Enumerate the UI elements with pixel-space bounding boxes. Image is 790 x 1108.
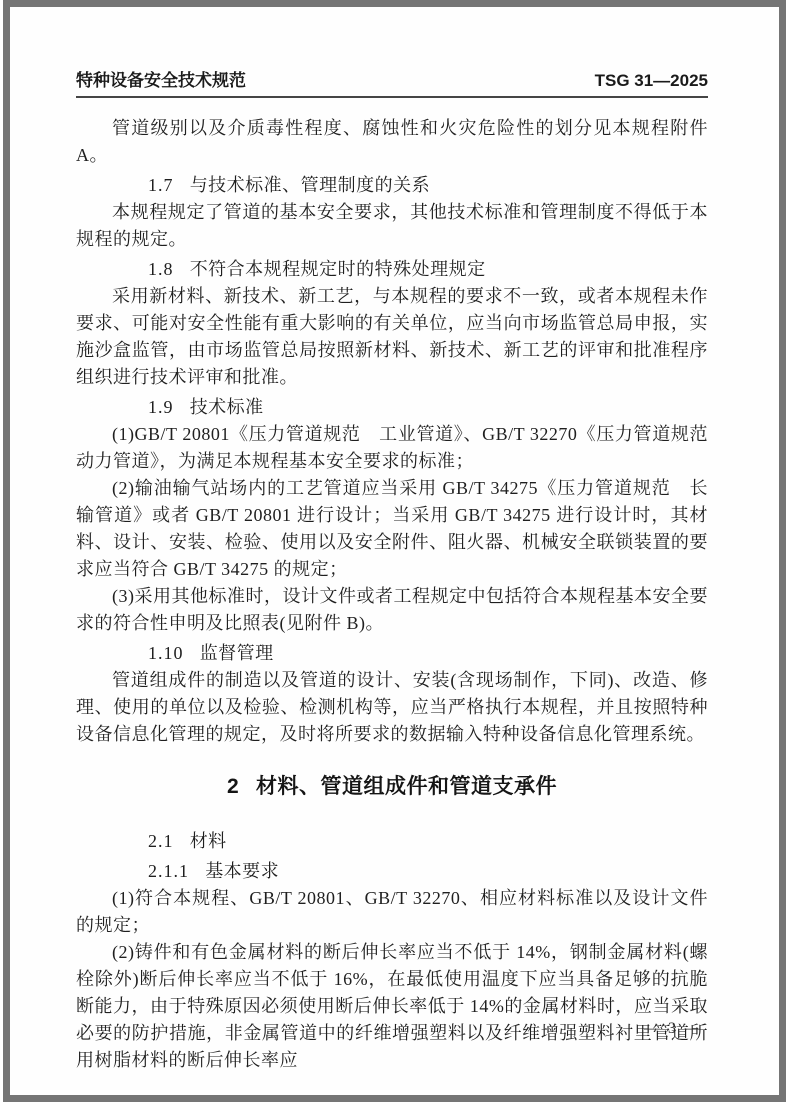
body-paragraph: 管道组成件的制造以及管道的设计、安装(含现场制作，下同)、改造、修理、使用的单位…	[76, 667, 708, 748]
body-paragraph: (1)GB/T 20801《压力管道规范 工业管道》、GB/T 32270《压力…	[76, 421, 708, 475]
page-number-text: — 3 —	[644, 1020, 702, 1037]
page-number: — 3 —	[76, 1019, 702, 1039]
chapter-heading: 2材料、管道组成件和管道支承件	[76, 772, 708, 802]
page-header: 特种设备安全技术规范 TSG 31—2025	[76, 69, 708, 98]
scanned-document-page: 特种设备安全技术规范 TSG 31—2025 管道级别以及介质毒性程度、腐蚀性和…	[0, 0, 790, 1108]
clause-number: 1.7	[112, 172, 174, 199]
clause-number: 2.1	[112, 828, 174, 855]
chapter-title: 材料、管道组成件和管道支承件	[256, 775, 557, 798]
document-body: 管道级别以及介质毒性程度、腐蚀性和火灾危险性的划分见本规程附件 A。1.7与技术…	[76, 115, 708, 1074]
body-paragraph: (2)输油输气站场内的工艺管道应当采用 GB/T 34275《压力管道规范 长输…	[76, 475, 708, 583]
page-content-column: 特种设备安全技术规范 TSG 31—2025 管道级别以及介质毒性程度、腐蚀性和…	[76, 7, 708, 1074]
clause-number: 2.1.1	[112, 858, 189, 885]
body-paragraph: 本规程规定了管道的基本安全要求，其他技术标准和管理制度不得低于本规程的规定。	[76, 199, 708, 253]
chapter-number: 2	[227, 772, 239, 802]
clause-number: 1.8	[112, 256, 174, 283]
clause-title: 监督管理	[200, 643, 274, 663]
clause-heading: 2.1.1基本要求	[76, 858, 708, 885]
clause-heading: 1.7与技术标准、管理制度的关系	[76, 172, 708, 199]
clause-title: 技术标准	[190, 397, 264, 417]
clause-number: 1.9	[112, 394, 174, 421]
clause-title: 不符合本规程规定时的特殊处理规定	[190, 259, 486, 279]
clause-heading: 2.1材料	[76, 828, 708, 855]
clause-title: 基本要求	[205, 861, 279, 881]
body-paragraph: 管道级别以及介质毒性程度、腐蚀性和火灾危险性的划分见本规程附件 A。	[76, 115, 708, 169]
body-paragraph: (1)符合本规程、GB/T 20801、GB/T 32270、相应材料标准以及设…	[76, 885, 708, 939]
body-paragraph: (2)铸件和有色金属材料的断后伸长率应当不低于 14%，钢制金属材料(螺栓除外)…	[76, 939, 708, 1074]
clause-heading: 1.9技术标准	[76, 394, 708, 421]
clause-heading: 1.8不符合本规程规定时的特殊处理规定	[76, 256, 708, 283]
body-paragraph: (3)采用其他标准时，设计文件或者工程规定中包括符合本规程基本安全要求的符合性申…	[76, 583, 708, 637]
clause-heading: 1.10监督管理	[76, 640, 708, 667]
header-document-title: 特种设备安全技术规范	[76, 69, 246, 93]
header-document-code: TSG 31—2025	[595, 69, 708, 93]
clause-title: 与技术标准、管理制度的关系	[190, 175, 431, 195]
clause-title: 材料	[190, 831, 227, 851]
scan-border-frame: 特种设备安全技术规范 TSG 31—2025 管道级别以及介质毒性程度、腐蚀性和…	[3, 0, 786, 1102]
clause-number: 1.10	[112, 640, 184, 667]
body-paragraph: 采用新材料、新技术、新工艺，与本规程的要求不一致，或者本规程未作要求、可能对安全…	[76, 283, 708, 391]
